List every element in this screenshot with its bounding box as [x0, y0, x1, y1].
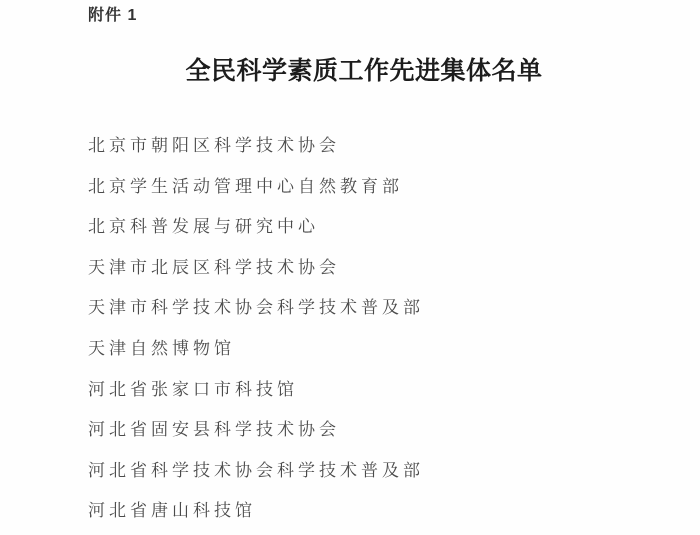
list-item: 北京学生活动管理中心自然教育部 [88, 167, 648, 208]
list-item: 天津市北辰区科学技术协会 [88, 248, 648, 289]
attachment-label: 附件 1 [88, 2, 137, 25]
list-item: 北京科普发展与研究中心 [88, 207, 648, 248]
list-item: 河北省科学技术协会科学技术普及部 [88, 451, 648, 492]
list-item: 河北省张家口市科技馆 [88, 370, 648, 411]
award-list: 北京市朝阳区科学技术协会 北京学生活动管理中心自然教育部 北京科普发展与研究中心… [88, 126, 648, 532]
document-page: 附件 1 全民科学素质工作先进集体名单 北京市朝阳区科学技术协会 北京学生活动管… [0, 0, 700, 535]
list-item: 河北省唐山科技馆 [88, 491, 648, 532]
document-title: 全民科学素质工作先进集体名单 [88, 51, 640, 87]
list-item: 天津市科学技术协会科学技术普及部 [88, 288, 648, 329]
list-item: 天津自然博物馆 [88, 329, 648, 370]
list-item: 北京市朝阳区科学技术协会 [88, 126, 648, 167]
list-item: 河北省固安县科学技术协会 [88, 410, 648, 451]
